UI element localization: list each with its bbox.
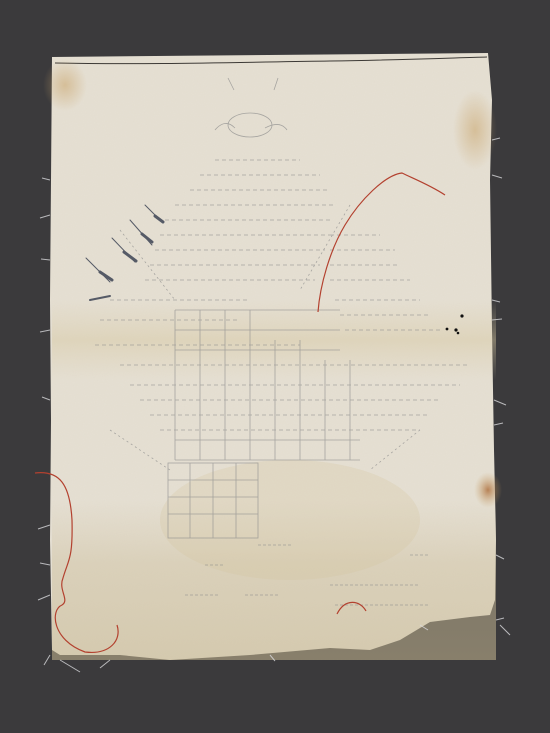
cloth-sheet [43,53,502,660]
manuscript-photo [0,0,550,733]
